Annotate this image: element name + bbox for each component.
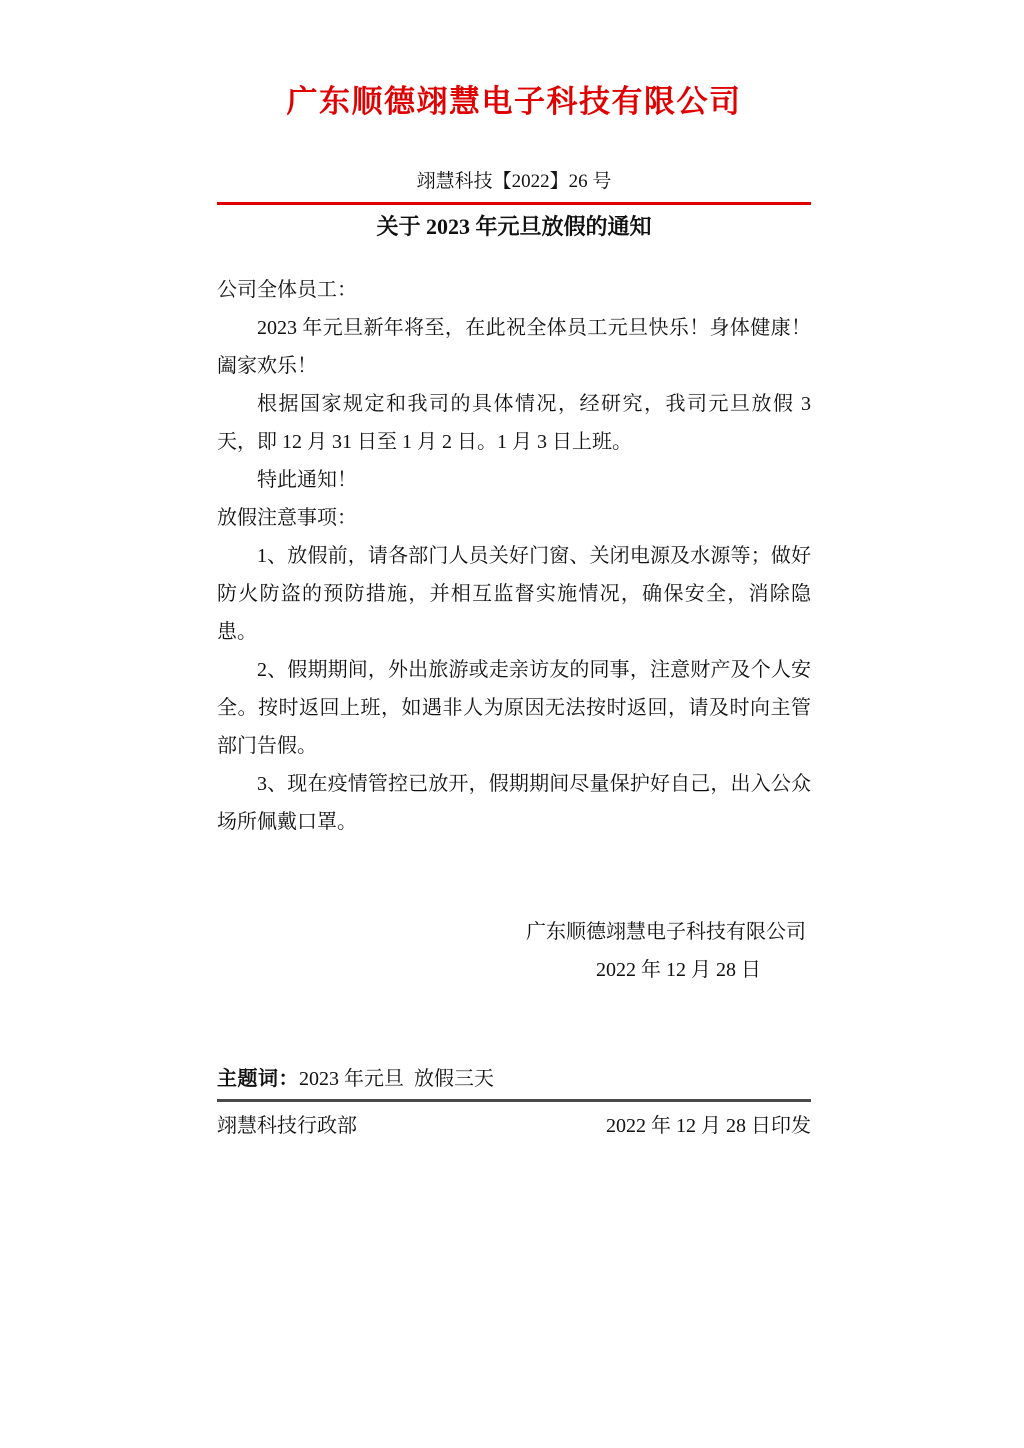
- document-body: 公司全体员工： 2023 年元旦新年将至，在此祝全体员工元旦快乐！身体健康！阖家…: [217, 271, 811, 841]
- subject-label: 主题词：: [217, 1068, 299, 1090]
- note-item-3: 3、现在疫情管控已放开，假期期间尽量保护好自己，出入公众场所佩戴口罩。: [217, 765, 811, 841]
- notes-heading: 放假注意事项：: [217, 499, 811, 537]
- red-rule-divider: [217, 202, 811, 205]
- paragraph-hereby-notice: 特此通知！: [217, 461, 811, 499]
- doc-number: 翊慧科技【2022】26 号: [217, 170, 811, 194]
- paragraph-greeting: 2023 年元旦新年将至，在此祝全体员工元旦快乐！身体健康！阖家欢乐！: [217, 309, 811, 385]
- footer-rule-divider: [217, 1099, 811, 1102]
- subject-row: 主题词：2023 年元旦 放假三天: [217, 1065, 811, 1093]
- document-page: 广东顺德翊慧电子科技有限公司 翊慧科技【2022】26 号 关于 2023 年元…: [0, 0, 1024, 1448]
- signature-company: 广东顺德翊慧电子科技有限公司: [217, 913, 811, 951]
- note-item-1: 1、放假前，请各部门人员关好门窗、关闭电源及水源等；做好防火防盗的预防措施，并相…: [217, 537, 811, 651]
- notice-title: 关于 2023 年元旦放假的通知: [217, 213, 811, 241]
- footer-row: 翊慧科技行政部 2022 年 12 月 28 日印发: [217, 1112, 811, 1140]
- signature-date: 2022 年 12 月 28 日: [217, 951, 811, 989]
- signature-block: 广东顺德翊慧电子科技有限公司 2022 年 12 月 28 日: [217, 913, 811, 989]
- note-item-2: 2、假期期间，外出旅游或走亲访友的同事，注意财产及个人安全。按时返回上班，如遇非…: [217, 651, 811, 765]
- issuing-department: 翊慧科技行政部: [217, 1112, 357, 1140]
- paragraph-holiday-arrangement: 根据国家规定和我司的具体情况，经研究，我司元旦放假 3 天，即 12 月 31 …: [217, 385, 811, 461]
- print-date: 2022 年 12 月 28 日印发: [606, 1112, 811, 1140]
- salutation: 公司全体员工：: [217, 271, 811, 309]
- company-header-title: 广东顺德翊慧电子科技有限公司: [217, 84, 811, 120]
- subject-value: 2023 年元旦 放假三天: [299, 1068, 494, 1090]
